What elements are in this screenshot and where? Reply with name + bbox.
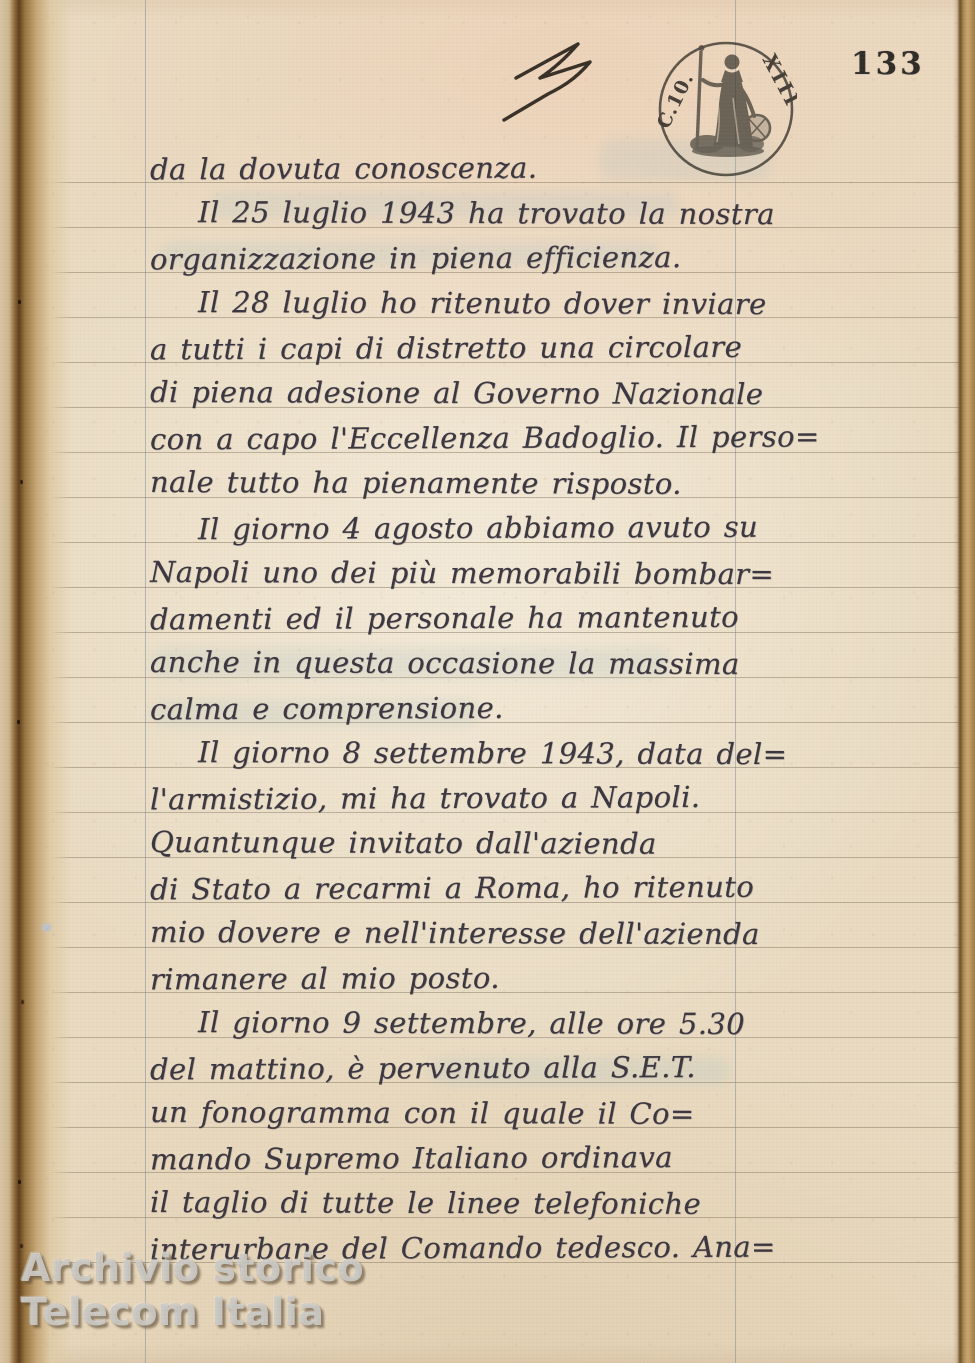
- manuscript-line: il taglio di tutte le linee telefoniche: [150, 1180, 770, 1227]
- manuscript-line: organizzazione in piena efficienza.: [150, 235, 770, 283]
- manuscript-line: Il giorno 9 settembre, alle ore 5.30: [150, 1000, 770, 1047]
- manuscript-line: rimanere al mio posto.: [150, 955, 770, 1003]
- manuscript-line: damenti ed il personale ha mantenuto: [150, 595, 770, 643]
- manuscript-line: Il giorno 8 settembre 1943, data del=: [150, 730, 770, 777]
- manuscript-line: mio dovere e nell'interesse dell'azienda: [150, 910, 770, 957]
- manuscript-line: calma e comprensione.: [150, 685, 770, 733]
- handwritten-paraph-icon: [470, 30, 610, 130]
- page-number: 133: [851, 46, 925, 82]
- manuscript-line: Napoli uno dei più memorabili bombar=: [150, 550, 770, 597]
- manuscript-line: anche in questa occasione la massima: [150, 640, 770, 687]
- manuscript-line: nale tutto ha pienamente risposto.: [150, 460, 770, 507]
- manuscript-text: da la dovuta conoscenza. Il 25 luglio 19…: [150, 146, 770, 1271]
- manuscript-line: di piena adesione al Governo Nazionale: [150, 370, 770, 417]
- watermark-line: Telecom Italia: [21, 1290, 364, 1334]
- manuscript-line: a tutti i capi di distretto una circolar…: [150, 325, 770, 373]
- manuscript-line: da la dovuta conoscenza.: [150, 145, 770, 193]
- watermark-line: Archivio storico: [21, 1246, 364, 1290]
- scanned-notebook-page: C.10. XIII 133 da la dovuta conoscenza. …: [0, 0, 975, 1363]
- paper-blemish: [42, 924, 51, 931]
- manuscript-line: un fonogramma con il quale il Co=: [150, 1090, 770, 1137]
- page-right-edge: [953, 0, 975, 1363]
- binding-edge: [0, 0, 72, 1363]
- manuscript-line: mando Supremo Italiano ordinava: [150, 1135, 770, 1183]
- archive-watermark: Archivio storico Telecom Italia: [21, 1246, 364, 1334]
- manuscript-line: Il 28 luglio ho ritenuto dover inviare: [150, 280, 770, 327]
- manuscript-line: Il giorno 4 agosto abbiamo avuto su: [150, 505, 770, 553]
- manuscript-line: l'armistizio, mi ha trovato a Napoli.: [150, 775, 770, 823]
- left-margin-line: [145, 0, 146, 1363]
- manuscript-line: Quantunque invitato dall'azienda: [150, 820, 770, 867]
- stamp-numeral-text: XIII: [758, 50, 797, 112]
- manuscript-line: del mattino, è pervenuto alla S.E.T.: [150, 1045, 770, 1093]
- binding-specks: [18, 300, 21, 304]
- manuscript-line: Il 25 luglio 1943 ha trovato la nostra: [150, 190, 770, 237]
- manuscript-line: con a capo l'Eccellenza Badoglio. Il per…: [150, 415, 770, 463]
- manuscript-line: di Stato a recarmi a Roma, ho ritenuto: [150, 865, 770, 913]
